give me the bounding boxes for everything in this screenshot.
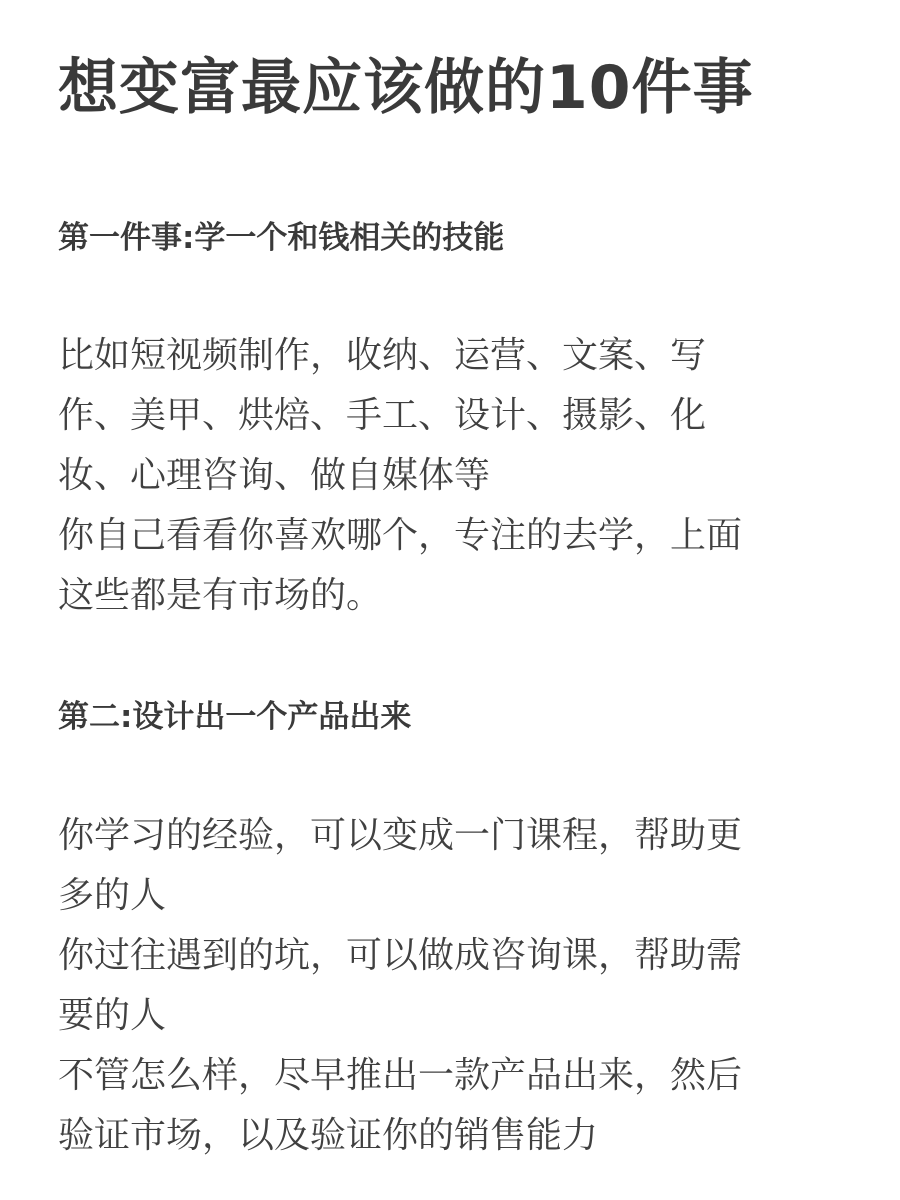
document-page: 想变富最应该做的10件事 第一件事:学一个和钱相关的技能 比如短视频制作，收纳、… xyxy=(0,0,900,1200)
section-body-1: 比如短视频制作，收纳、运营、文案、写 作、美甲、烘焙、手工、设计、摄影、化 妆、… xyxy=(58,326,848,626)
body-line: 不管怎么样，尽早推出一款产品出来，然后 xyxy=(58,1046,848,1106)
section-heading-2: 第二:设计出一个产品出来 xyxy=(58,697,411,737)
section-heading-1: 第一件事:学一个和钱相关的技能 xyxy=(58,218,504,258)
body-line: 多的人 xyxy=(58,866,848,926)
body-line: 你自己看看你喜欢哪个，专注的去学，上面 xyxy=(58,506,848,566)
body-line: 验证市场，以及验证你的销售能力 xyxy=(58,1106,848,1166)
page-title: 想变富最应该做的10件事 xyxy=(58,52,754,124)
body-line: 妆、心理咨询、做自媒体等 xyxy=(58,446,848,506)
body-line: 这些都是有市场的。 xyxy=(58,566,848,626)
body-line: 比如短视频制作，收纳、运营、文案、写 xyxy=(58,326,848,386)
body-line: 作、美甲、烘焙、手工、设计、摄影、化 xyxy=(58,386,848,446)
body-line: 要的人 xyxy=(58,986,848,1046)
body-line: 你学习的经验，可以变成一门课程，帮助更 xyxy=(58,806,848,866)
body-line: 你过往遇到的坑，可以做成咨询课，帮助需 xyxy=(58,926,848,986)
section-body-2: 你学习的经验，可以变成一门课程，帮助更 多的人 你过往遇到的坑，可以做成咨询课，… xyxy=(58,806,848,1166)
